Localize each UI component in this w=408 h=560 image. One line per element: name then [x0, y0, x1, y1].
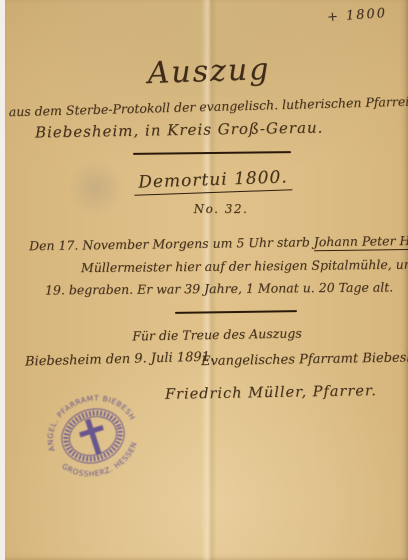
body-line-1: Den 17. November Morgens um 5 Uhr starb … — [29, 232, 408, 254]
record-number: No. 32. — [5, 202, 408, 216]
section-heading: Demortui 1800. — [134, 167, 292, 195]
body-line-3: 19. begraben. Er war 39 Jahre, 1 Monat u… — [45, 279, 393, 297]
subtitle-line-1: aus dem Sterbe-Protokoll der evangelisch… — [5, 94, 408, 120]
deceased-name: Johann Peter Heppenheimer, — [314, 232, 408, 252]
section-heading-wrap: Demortui 1800. — [5, 163, 408, 198]
subtitle-line-2: Biebesheim, in Kreis Groß-Gerau. — [35, 118, 324, 141]
cross-icon — [76, 416, 111, 458]
parish-office-line: Evangelisches Pfarramt Biebesheim — [201, 350, 408, 369]
body-line-1-text: Den 17. November Morgens um 5 Uhr starb — [29, 234, 314, 253]
place-date-line: Biebesheim den 9. Juli 1891. — [25, 350, 214, 370]
document-title: Auszug — [5, 47, 408, 96]
signature-line: Friedrich Müller, Pfarrer. — [165, 383, 377, 403]
divider-rule-top — [133, 151, 291, 155]
document-page: + 1800 Auszug aus dem Sterbe-Protokoll d… — [5, 0, 408, 560]
body-line-2: Müllermeister hier auf der hiesigen Spit… — [81, 256, 408, 275]
parish-stamp: EVANGEL. PFARRAMT BIEBESHEIM GROSSHERZ. … — [27, 374, 159, 499]
year-annotation: + 1800 — [327, 6, 388, 25]
divider-rule-bottom — [175, 310, 297, 314]
certification-line: Für die Treue des Auszugs — [5, 323, 408, 345]
scanned-document-view: + 1800 Auszug aus dem Sterbe-Protokoll d… — [0, 0, 408, 560]
